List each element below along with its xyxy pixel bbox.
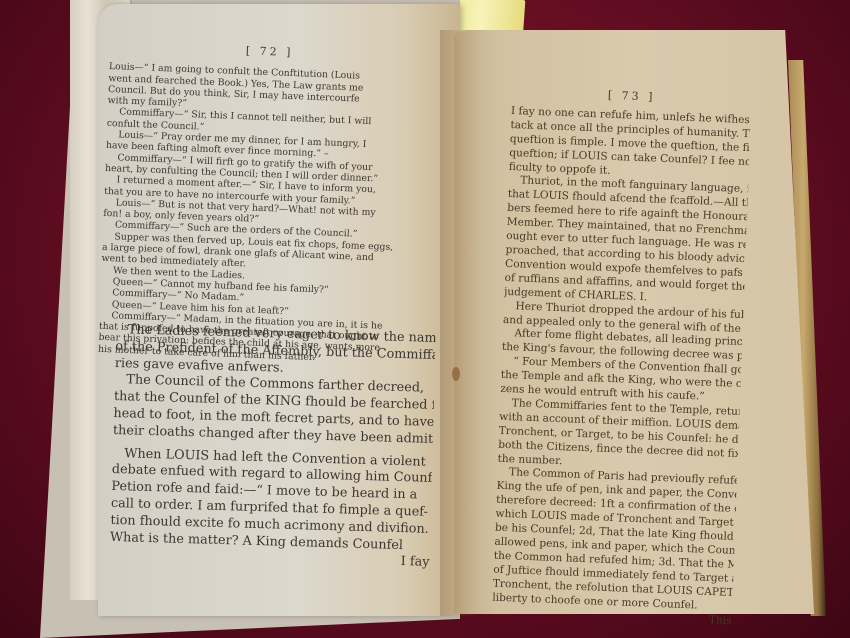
photo-scene: [ 72 ] Louis—“ I am going to confult the…: [0, 0, 850, 638]
left-page-large-text: The Ladies feemed very eager to know the…: [109, 322, 436, 572]
foxing-spot: [452, 367, 460, 381]
right-page-text: [ 73 ] I fay no one can refufe him, unle…: [491, 85, 751, 628]
book-gutter: [440, 30, 476, 616]
left-page-small-text: [ 72 ] Louis—“ I am going to confult the…: [98, 40, 430, 367]
